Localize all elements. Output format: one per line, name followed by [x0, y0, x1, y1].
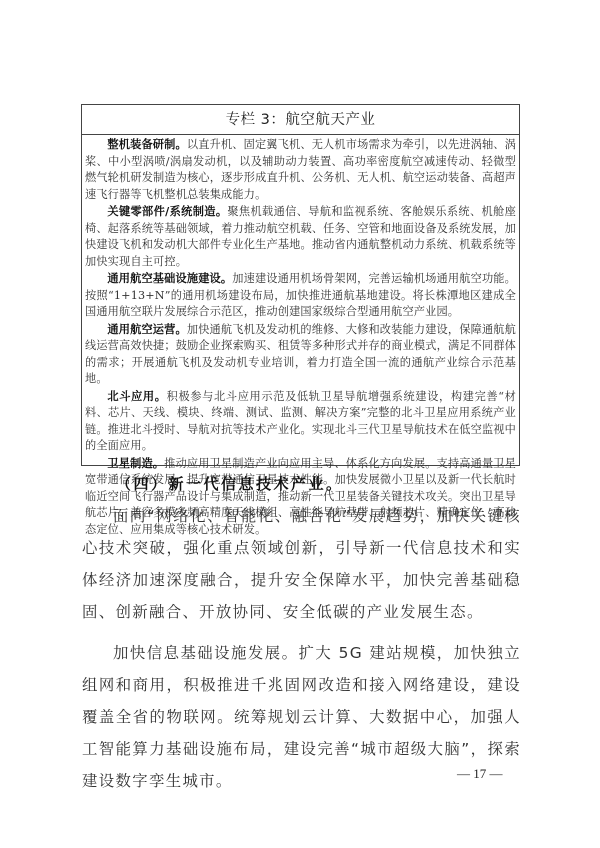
item-lead: 卫星制造。 [107, 456, 164, 470]
body-paragraph: 面向“网络化、智能化、融合化”发展趋势，加快关键核心技术突破，强化重点领域创新，… [82, 500, 521, 628]
column-item-components: 关键零部件/系统制造。聚焦机载通信、导航和监视系统、客舱娱乐系统、机舱座椅、起落… [85, 203, 516, 270]
item-lead: 北斗应用。 [107, 389, 166, 403]
column-item-ga-infrastructure: 通用航空基础设施建设。加速建设通用机场骨架网，完善运输机场通用航空功能。按照“1… [85, 270, 516, 321]
item-lead: 通用航空基础设施建设。 [107, 271, 232, 285]
item-lead: 关键零部件/系统制造。 [107, 204, 227, 218]
body-paragraph: 加快信息基础设施发展。扩大 5G 建站规模，加快独立组网和商用，积极推进千兆固网… [82, 637, 521, 797]
column-item-beidou: 北斗应用。积极参与北斗应用示范及低轨卫星导航增强系统建设，构建完善“材料、芯片、… [85, 388, 516, 455]
item-lead: 整机装备研制。 [107, 137, 186, 151]
column-box-title: 专栏 3：航空航天产业 [82, 105, 519, 135]
column-item-airframe: 整机装备研制。以直升机、固定翼飞机、无人机市场需求为牵引，以先进涡轴、涡桨、中小… [85, 136, 516, 203]
column-item-ga-operations: 通用航空运营。加快通航飞机及发动机的维修、大修和改装能力建设，保障通航航线运营高… [85, 321, 516, 388]
section-heading: （四）新一代信息技术产业。 [116, 473, 344, 494]
page-number: — 17 — [457, 766, 503, 782]
item-lead: 通用航空运营。 [107, 322, 186, 336]
document-page: 专栏 3：航空航天产业 整机装备研制。以直升机、固定翼飞机、无人机市场需求为牵引… [0, 0, 600, 848]
feature-column-box: 专栏 3：航空航天产业 整机装备研制。以直升机、固定翼飞机、无人机市场需求为牵引… [81, 104, 520, 466]
